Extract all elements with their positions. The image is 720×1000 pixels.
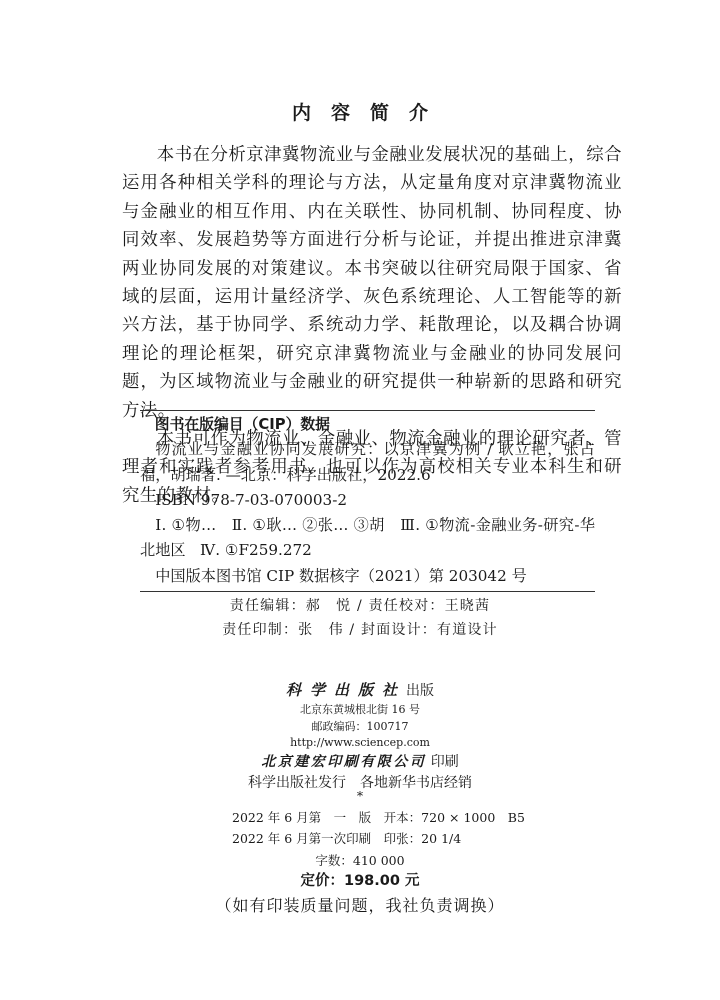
credits-block: 责任编辑：郝 悦 / 责任校对：王晓茜 责任印制：张 伟 / 封面设计：有道设计 <box>0 594 720 642</box>
word-count: 字数：410 000 <box>0 850 720 872</box>
cip-isbn: ISBN 978-7-03-070003-2 <box>140 488 595 513</box>
separator-asterisk: * <box>0 785 720 807</box>
publisher-address: 北京东黄城根北街 16 号 <box>0 702 720 719</box>
publisher-block: 科学出版社出版 北京东黄城根北街 16 号 邮政编码：100717 http:/… <box>0 680 720 794</box>
cip-bottom-rule <box>140 591 595 592</box>
intro-paragraph: 本书在分析京津冀物流业与金融业发展状况的基础上，综合运用各种相关学科的理论与方法… <box>122 141 622 425</box>
cip-record: 中国版本图书馆 CIP 数据核字（2021）第 203042 号 <box>140 564 595 589</box>
cip-entry: 物流业与金融业协同发展研究：以京津冀为例 / 耿立艳，张占福，胡瑞著. —北京：… <box>140 437 595 488</box>
cip-classification: Ⅰ. ①物… Ⅱ. ①耿… ②张… ③胡 Ⅲ. ①物流-金融业务-研究-华北地区… <box>140 513 595 564</box>
price: 定价：198.00 元 <box>0 871 720 893</box>
credits-print-line: 责任印制：张 伟 / 封面设计：有道设计 <box>0 618 720 642</box>
edition-line: 2022 年 6 月第 一 版 开本：720 × 1000 B5 <box>0 807 720 829</box>
printer-suffix: 印刷 <box>431 754 459 770</box>
printer-name: 北京建宏印刷有限公司 <box>261 754 426 770</box>
cip-top-rule <box>140 410 595 411</box>
publisher-logo-suffix: 出版 <box>406 683 434 699</box>
page-title: 内容简介 <box>0 101 720 125</box>
credits-editor-line: 责任编辑：郝 悦 / 责任校对：王晓茜 <box>0 594 720 618</box>
printing-line: 2022 年 6 月第一次印刷 印张：20 1/4 <box>0 828 720 850</box>
cip-heading: 图书在版编目（CIP）数据 <box>140 412 595 437</box>
cip-block: 图书在版编目（CIP）数据 物流业与金融业协同发展研究：以京津冀为例 / 耿立艳… <box>140 412 595 589</box>
publisher-logo: 科学出版社 <box>286 681 406 699</box>
quality-notice: （如有印装质量问题，我社负责调换） <box>0 893 720 919</box>
publisher-website: http://www.sciencep.com <box>0 735 720 752</box>
publisher-postcode: 邮政编码：100717 <box>0 719 720 736</box>
specs-block: * 2022 年 6 月第 一 版 开本：720 × 1000 B5 2022 … <box>0 785 720 919</box>
